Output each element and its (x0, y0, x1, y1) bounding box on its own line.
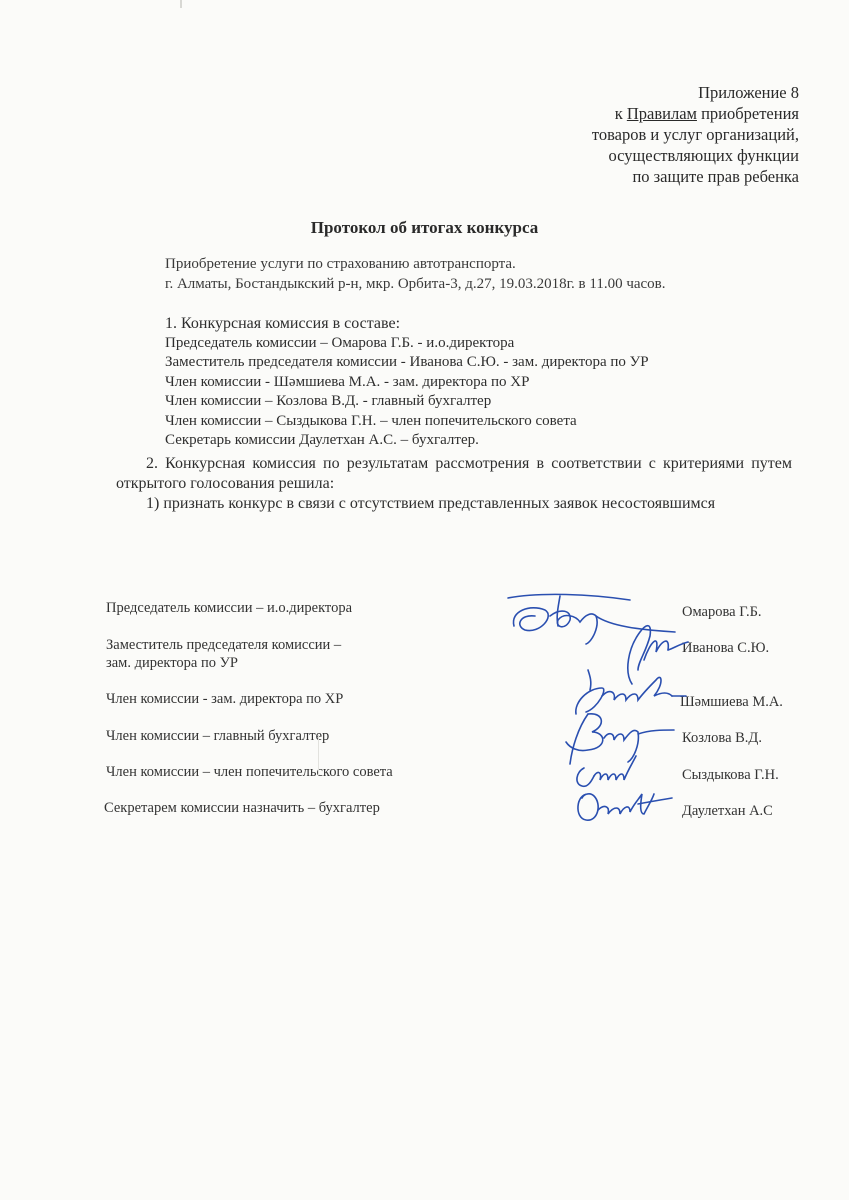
signature-role: Заместитель председателя комиссии – зам.… (106, 636, 341, 672)
appendix-header: Приложение 8 к Правилам приобретения тов… (592, 82, 799, 187)
decision-paragraph: 2. Конкурсная комиссия по результатам ра… (116, 454, 792, 494)
signature-role: Секретарем комиссии назначить – бухгалте… (104, 799, 380, 817)
signature-dauletkhan-icon (568, 784, 678, 828)
signatory-name: Козлова В.Д. (682, 730, 762, 747)
scan-mark (318, 735, 319, 775)
document-title: Протокол об итогах конкурса (0, 218, 849, 238)
document-page: Приложение 8 к Правилам приобретения тов… (0, 0, 849, 1200)
appendix-number: Приложение 8 (592, 82, 799, 103)
subject-block: Приобретение услуги по страхованию автот… (165, 254, 666, 294)
signatory-name: Иванова С.Ю. (682, 640, 769, 657)
signature-role: Член комиссии – член попечительского сов… (106, 763, 393, 781)
member-line: Член комиссии – Сыздыкова Г.Н. – член по… (165, 412, 649, 432)
member-line: Секретарь комиссии Даулетхан А.С. – бухг… (165, 431, 649, 451)
signatory-name: Шәмшиева М.А. (680, 694, 783, 711)
signature-role: Член комиссии - зам. директора по ХР (106, 690, 343, 708)
scan-mark (180, 0, 182, 8)
member-line: Заместитель председателя комиссии - Иван… (165, 353, 649, 373)
commission-section: 1. Конкурсная комиссия в составе: Предсе… (165, 314, 649, 451)
appendix-line: осуществляющих функции (592, 145, 799, 166)
member-line: Член комиссии – Козлова В.Д. - главный б… (165, 392, 649, 412)
member-line: Председатель комиссии – Омарова Г.Б. - и… (165, 334, 649, 354)
place-date-line: г. Алматы, Бостандыкский р-н, мкр. Орбит… (165, 274, 666, 294)
decision-item: 1) признать конкурс в связи с отсутствие… (116, 494, 792, 514)
signatory-name: Омарова Г.Б. (682, 604, 762, 621)
member-line: Член комиссии - Шәмшиева М.А. - зам. дир… (165, 373, 649, 393)
signature-role: Председатель комиссии – и.о.директора (106, 599, 352, 617)
signatory-name: Сыздыкова Г.Н. (682, 767, 779, 784)
subject-line: Приобретение услуги по страхованию автот… (165, 254, 666, 274)
signature-role: Член комиссии – главный бухгалтер (106, 727, 329, 745)
rules-link[interactable]: Правилам (627, 104, 697, 123)
appendix-line: товаров и услуг организаций, (592, 124, 799, 145)
section-heading: 1. Конкурсная комиссия в составе: (165, 314, 649, 334)
signatory-name: Даулетхан А.С (682, 803, 773, 820)
decision-section: 2. Конкурсная комиссия по результатам ра… (116, 454, 792, 514)
appendix-line: по защите прав ребенка (592, 166, 799, 187)
appendix-line-rules: к Правилам приобретения (592, 103, 799, 124)
